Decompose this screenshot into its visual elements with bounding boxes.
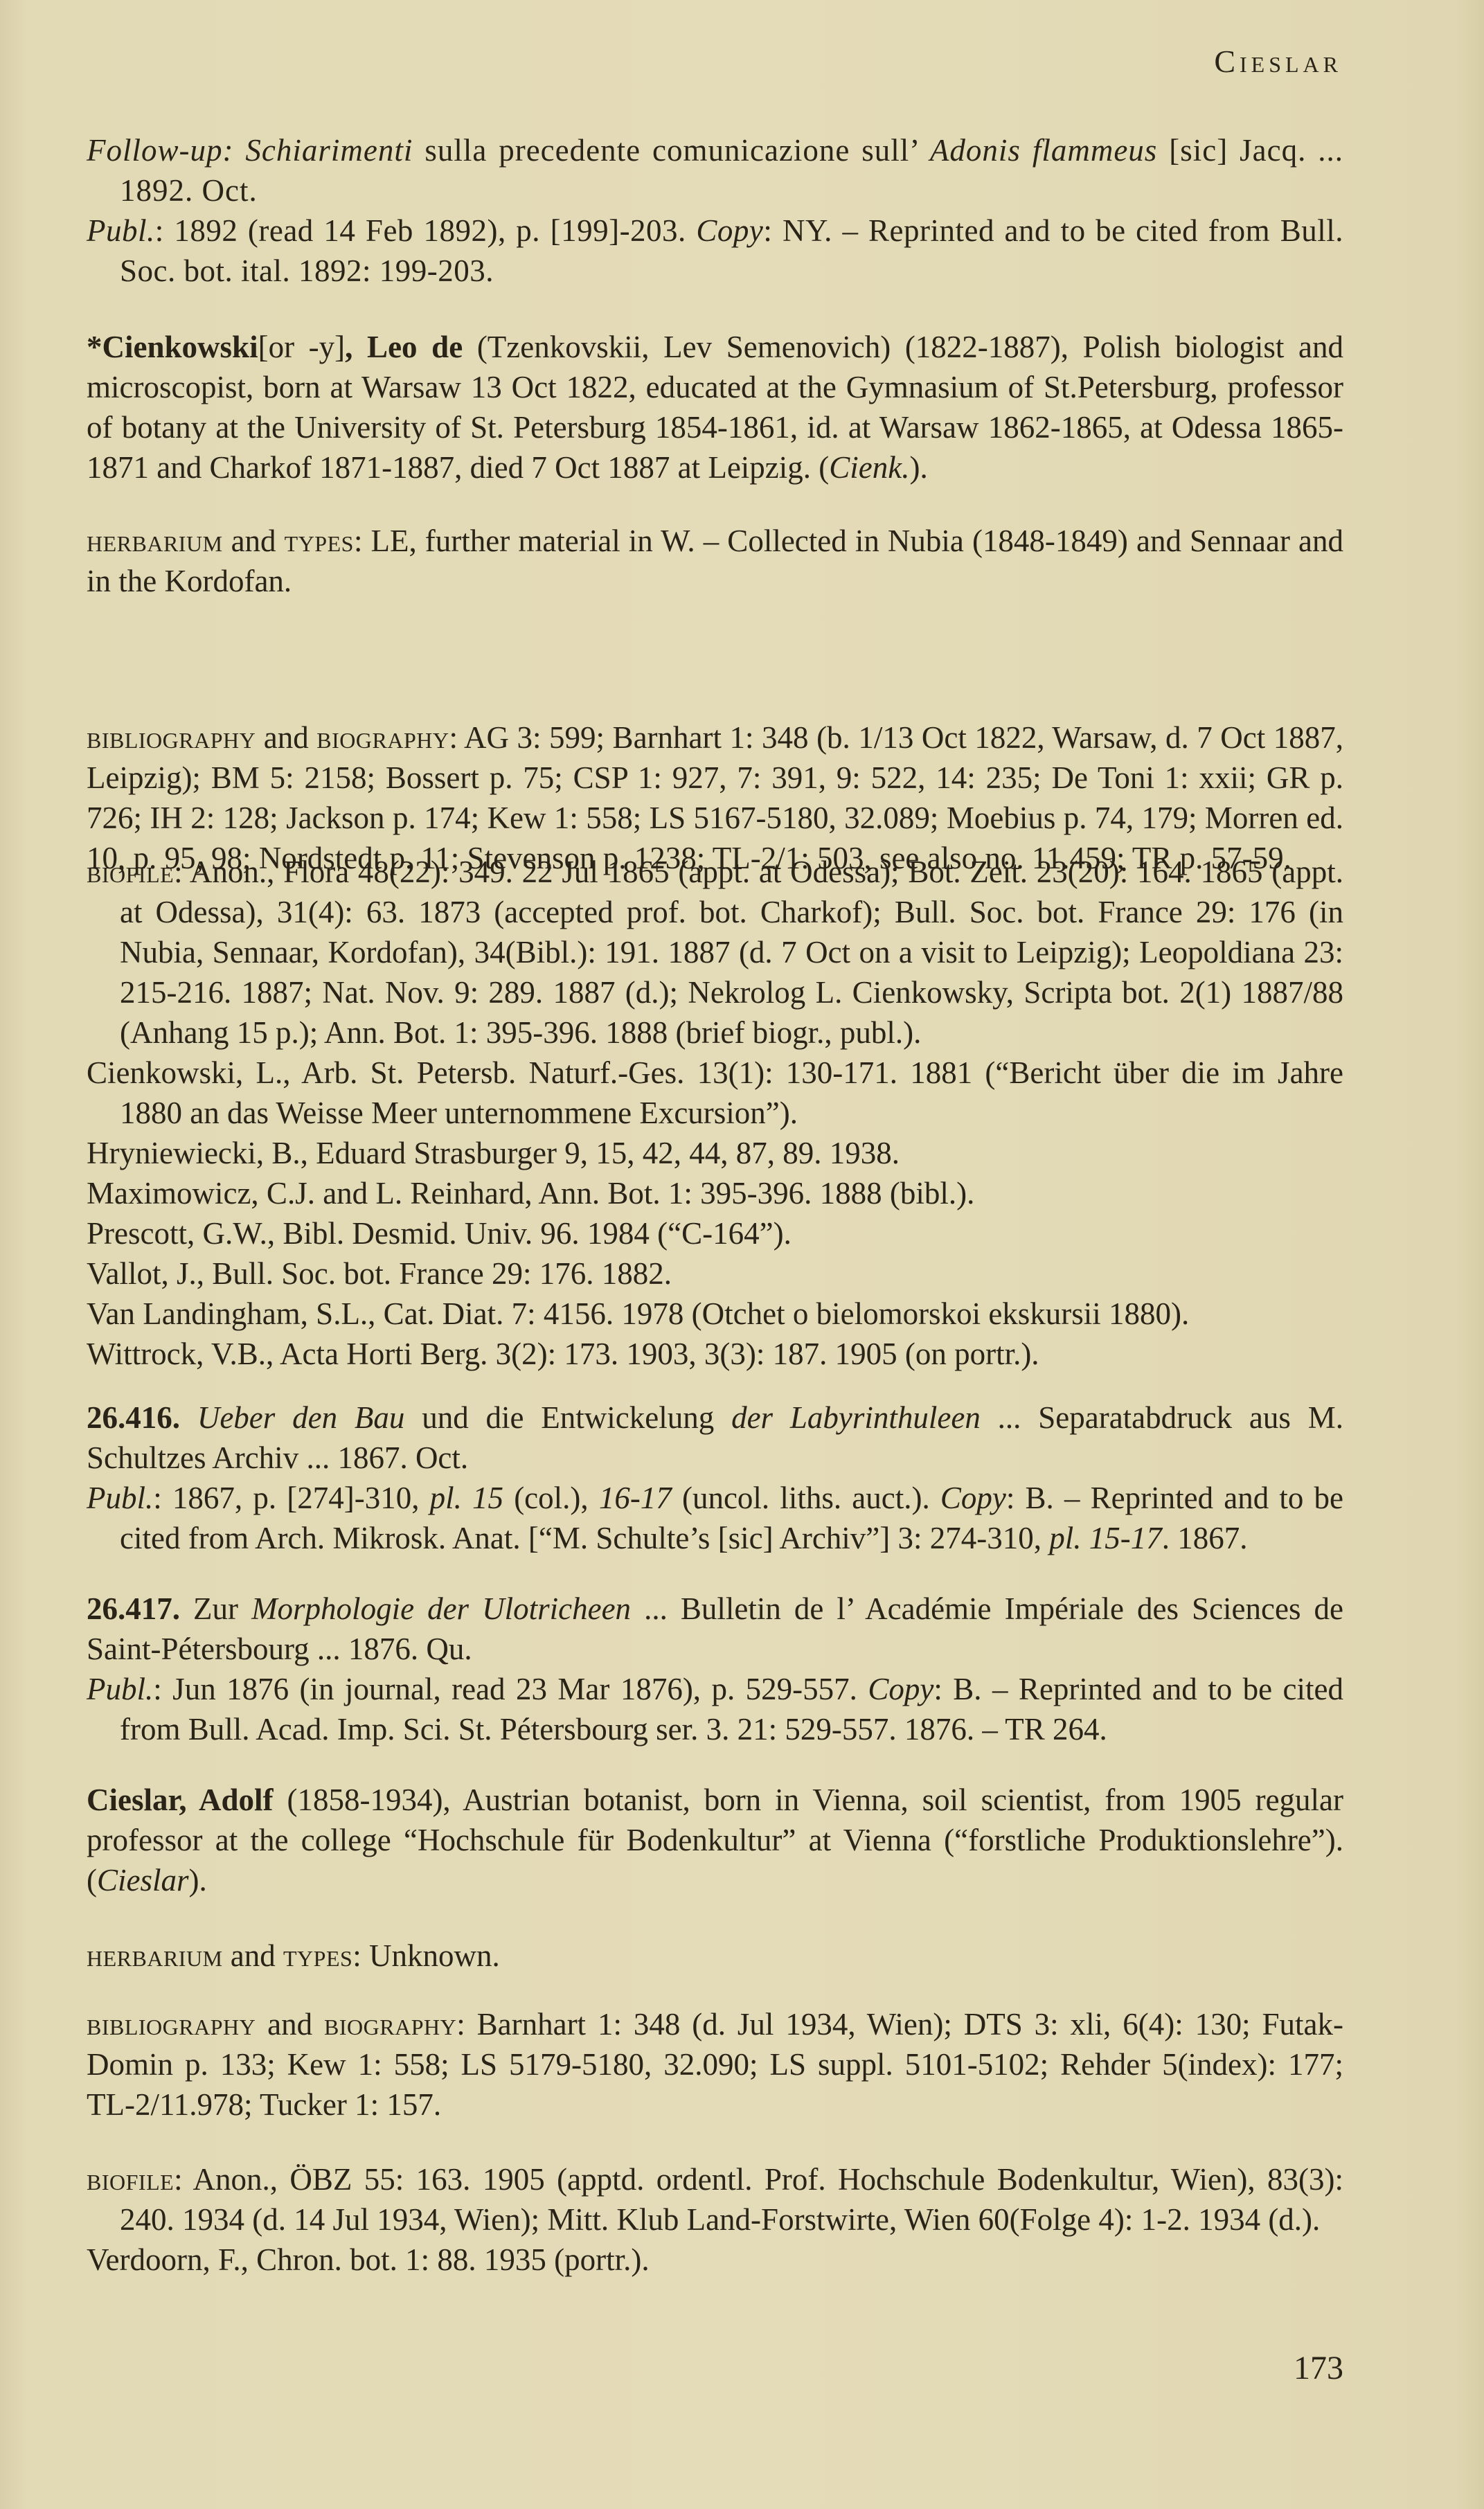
herbarium-label: herbarium bbox=[87, 524, 223, 558]
author-abbrev: Cienk. bbox=[829, 450, 909, 485]
biofile-ref: Wittrock, V.B., Acta Horti Berg. 3(2): 1… bbox=[87, 1334, 1343, 1374]
entry-heading: Cieslar, Adolf (1858-1934), Austrian bot… bbox=[87, 1780, 1343, 1900]
work-title: 26.417. Zur Morphologie der Ulotricheen … bbox=[87, 1589, 1343, 1669]
publ-label: Publ. bbox=[87, 213, 155, 248]
work-number: 26.416. bbox=[87, 1400, 180, 1435]
biofile-section: biofile: Anon., ÖBZ 55: 163. 1905 (apptd… bbox=[87, 2159, 1343, 2280]
herbarium-label: herbarium bbox=[87, 1938, 223, 1973]
entry-cieslar: Cieslar, Adolf (1858-1934), Austrian bot… bbox=[87, 1780, 1343, 1900]
entry-cienkowski: *Cienkowski[or -y], Leo de (Tzenkovskii,… bbox=[87, 327, 1343, 488]
bibliography-section: bibliography and biography: Barnhart 1: … bbox=[87, 2004, 1343, 2125]
entry-name: *Cienkowski bbox=[87, 330, 258, 364]
entry-heading: *Cienkowski[or -y], Leo de (Tzenkovskii,… bbox=[87, 327, 1343, 488]
work-publ: Publ.: 1867, p. [274]-310, pl. 15 (col.)… bbox=[87, 1478, 1343, 1558]
biofile-ref: Verdoorn, F., Chron. bot. 1: 88. 1935 (p… bbox=[87, 2240, 1343, 2280]
running-head: Cieslar bbox=[1214, 43, 1342, 80]
page-number: 173 bbox=[1294, 2349, 1343, 2387]
bibliography-label: bibliography bbox=[87, 720, 256, 755]
biofile-ref: Vallot, J., Bull. Soc. bot. France 29: 1… bbox=[87, 1253, 1343, 1294]
followup-species: Adonis flammeus bbox=[930, 133, 1157, 168]
work-publ: Publ.: Jun 1876 (in journal, read 23 Mar… bbox=[87, 1669, 1343, 1749]
followup-title: Schiarimenti bbox=[245, 133, 413, 168]
biofile-ref: Van Landingham, S.L., Cat. Diat. 7: 4156… bbox=[87, 1294, 1343, 1334]
entry-bio: (1858-1934), Austrian botanist, born in … bbox=[87, 1783, 1343, 1898]
herbarium-section: herbarium and types: Unknown. bbox=[87, 1936, 1343, 1976]
prev-entry-tail: Follow-up: Schiarimenti sulla precedente… bbox=[87, 130, 1343, 291]
bibliography-label: bibliography bbox=[87, 2007, 256, 2042]
work-26-417: 26.417. Zur Morphologie der Ulotricheen … bbox=[87, 1589, 1343, 1749]
biofile-ref: Prescott, G.W., Bibl. Desmid. Univ. 96. … bbox=[87, 1213, 1343, 1253]
publ-line: Publ.: 1892 (read 14 Feb 1892), p. [199]… bbox=[87, 211, 1343, 291]
biofile-ref: Cienkowski, L., Arb. St. Petersb. Naturf… bbox=[87, 1053, 1343, 1133]
work-title: 26.416. Ueber den Bau und die Entwickelu… bbox=[87, 1398, 1343, 1478]
copy-label: Copy bbox=[696, 213, 763, 248]
author-abbrev: Cieslar bbox=[97, 1863, 189, 1898]
biofile-ref: Hryniewiecki, B., Eduard Strasburger 9, … bbox=[87, 1133, 1343, 1173]
biofile-ref: Maximowicz, C.J. and L. Reinhard, Ann. B… bbox=[87, 1173, 1343, 1213]
followup-line: Follow-up: Schiarimenti sulla precedente… bbox=[87, 130, 1343, 211]
herbarium-section: herbarium and types: LE, further materia… bbox=[87, 521, 1343, 601]
entry-name: Cieslar, Adolf bbox=[87, 1783, 274, 1817]
biofile-section: biofile: Anon., Flora 48(22): 349. 22 Ju… bbox=[87, 852, 1343, 1374]
biofile-label: biofile bbox=[87, 855, 174, 889]
work-number: 26.417. bbox=[87, 1591, 180, 1626]
work-26-416: 26.416. Ueber den Bau und die Entwickelu… bbox=[87, 1398, 1343, 1558]
biofile-label: biofile bbox=[87, 2162, 174, 2197]
followup-label: Follow-up bbox=[87, 133, 223, 168]
